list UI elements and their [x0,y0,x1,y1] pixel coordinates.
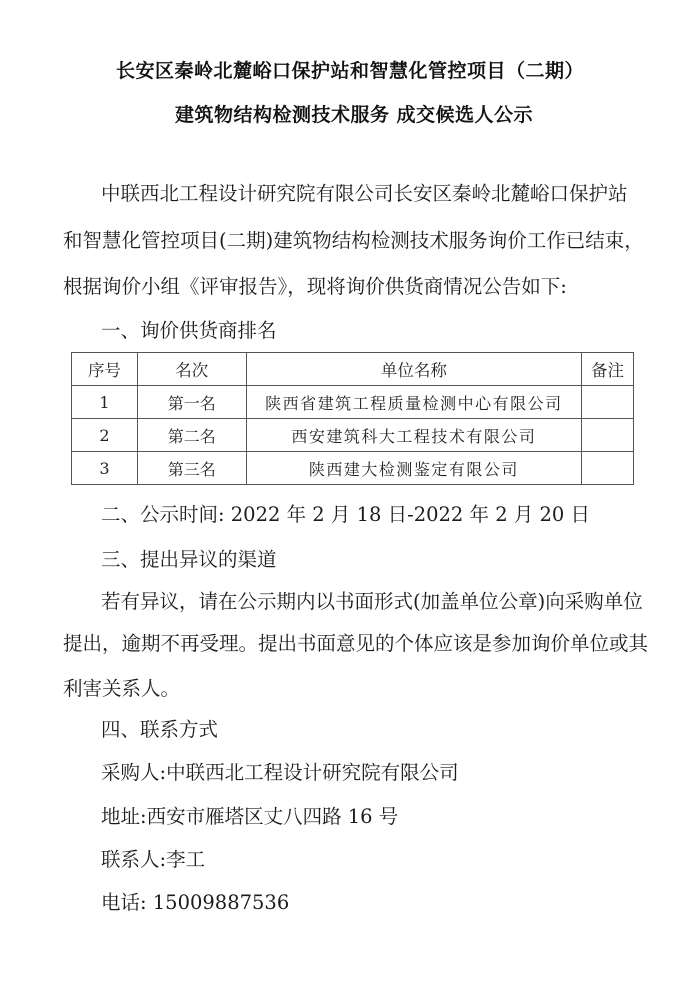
header-no: 序号 [72,353,138,386]
objection-line-3: 利害关系人。 [63,677,643,701]
cell-company: 陕西省建筑工程质量检测中心有限公司 [246,386,581,419]
intro-line-3: 根据询价小组《评审报告》，现将询价供货商情况公告如下: [63,275,643,299]
contact-address: 地址:西安市雁塔区丈八四路 16 号 [101,805,681,829]
contact-phone: 电话: 15009887536 [101,891,681,915]
cell-company: 陕西建大检测鉴定有限公司 [246,452,581,485]
cell-remark [582,386,634,419]
title-line-2: 建筑物结构检测技术服务 成交候选人公示 [0,103,700,127]
cell-rank: 第二名 [137,419,246,452]
cell-no: 2 [72,419,138,452]
cell-rank: 第一名 [137,386,246,419]
section1-heading: 一、询价供货商排名 [101,319,681,343]
table-row: 3 第三名 陕西建大检测鉴定有限公司 [72,452,634,485]
objection-line-1: 若有异议，请在公示期内以书面形式(加盖单位公章)向采购单位 [101,590,681,614]
table-header-row: 序号 名次 单位名称 备注 [72,353,634,386]
header-company: 单位名称 [246,353,581,386]
intro-line-2: 和智慧化管控项目(二期)建筑物结构检测技术服务询价工作已结束， [63,229,643,253]
section3-heading: 三、提出异议的渠道 [101,548,681,572]
cell-no: 3 [72,452,138,485]
title-line-1: 长安区秦岭北麓峪口保护站和智慧化管控项目（二期） [0,59,700,83]
cell-rank: 第三名 [137,452,246,485]
objection-line-2: 提出，逾期不再受理。提出书面意见的个体应该是参加询价单位或其 [63,632,643,656]
cell-no: 1 [72,386,138,419]
table-row: 1 第一名 陕西省建筑工程质量检测中心有限公司 [72,386,634,419]
header-remark: 备注 [582,353,634,386]
ranking-table: 序号 名次 单位名称 备注 1 第一名 陕西省建筑工程质量检测中心有限公司 2 … [71,352,634,485]
cell-remark [582,419,634,452]
intro-line-1: 中联西北工程设计研究院有限公司长安区秦岭北麓峪口保护站 [101,182,681,206]
section4-heading: 四、联系方式 [101,718,681,742]
contact-purchaser: 采购人:中联西北工程设计研究院有限公司 [101,761,681,785]
table-row: 2 第二名 西安建筑科大工程技术有限公司 [72,419,634,452]
section2-publicity-period: 二、公示时间: 2022 年 2 月 18 日-2022 年 2 月 20 日 [101,503,681,527]
header-rank: 名次 [137,353,246,386]
contact-person: 联系人:李工 [101,848,681,872]
cell-remark [582,452,634,485]
cell-company: 西安建筑科大工程技术有限公司 [246,419,581,452]
